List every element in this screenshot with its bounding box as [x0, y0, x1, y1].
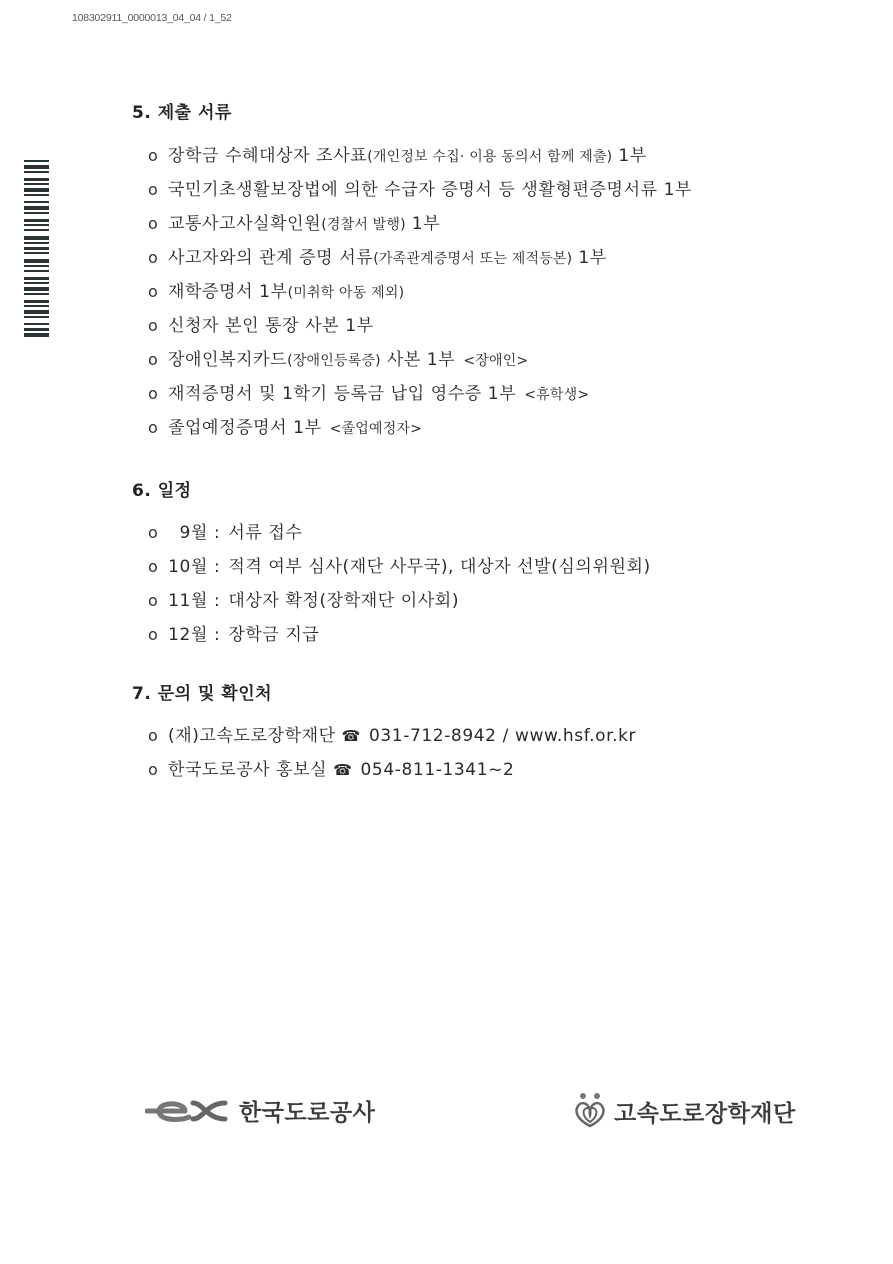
- section-title: 5. 제출 서류: [132, 100, 692, 126]
- section-title: 6. 일정: [132, 478, 651, 504]
- phone-icon: ☎: [333, 761, 352, 779]
- section-documents: 5. 제출 서류 o장학금 수혜대상자 조사표(개인정보 수집· 이용 동의서 …: [132, 100, 692, 445]
- document-id: 108302911_0000013_04_04 / 1_52: [72, 12, 232, 24]
- ex-logo-icon: [145, 1097, 229, 1125]
- phone-number: 031-712-8942: [369, 726, 497, 746]
- eligibility-tag: <휴학생>: [524, 387, 589, 403]
- list-item: o신청자 본인 통장 사본 1부: [148, 309, 692, 343]
- list-item: o교통사고사실확인원(경찰서 발행) 1부: [148, 207, 692, 241]
- eligibility-tag: <장애인>: [463, 353, 528, 369]
- list-item: o재학증명서 1부(미취학 아동 제외): [148, 275, 692, 309]
- website-link[interactable]: / www.hsf.or.kr: [497, 726, 637, 746]
- contact-item: o(재)고속도로장학재단☎031-712-8942 / www.hsf.or.k…: [148, 719, 636, 753]
- list-item: o졸업예정증명서 1부<졸업예정자>: [148, 411, 692, 445]
- schedule-item: o10월:적격 여부 심사(재단 사무국), 대상자 선발(심의위원회): [148, 550, 651, 584]
- section-schedule: 6. 일정 o9월:서류 접수 o10월:적격 여부 심사(재단 사무국), 대…: [132, 478, 651, 652]
- list-item: o장학금 수혜대상자 조사표(개인정보 수집· 이용 동의서 함께 제출) 1부: [148, 139, 692, 173]
- phone-icon: ☎: [342, 727, 361, 745]
- scholarship-foundation-logo: 고속도로장학재단: [572, 1092, 796, 1130]
- schedule-item: o11월:대상자 확정(장학재단 이사회): [148, 584, 651, 618]
- logo-label: 한국도로공사: [239, 1094, 375, 1127]
- schedule-item: o9월:서류 접수: [148, 516, 651, 550]
- list-item: o장애인복지카드(장애인등록증) 사본 1부<장애인>: [148, 343, 692, 377]
- barcode: [24, 160, 49, 366]
- korea-expressway-logo: 한국도로공사: [145, 1094, 375, 1127]
- section-title: 7. 문의 및 확인처: [132, 681, 636, 707]
- list-item: o사고자와의 관계 증명 서류(가족관계증명서 또는 제적등본) 1부: [148, 241, 692, 275]
- foundation-emblem-icon: [572, 1092, 608, 1130]
- section-contact: 7. 문의 및 확인처 o(재)고속도로장학재단☎031-712-8942 / …: [132, 681, 636, 787]
- list-item: o국민기초생활보장법에 의한 수급자 증명서 등 생활형편증명서류 1부: [148, 173, 692, 207]
- contact-item: o한국도로공사 홍보실☎054-811-1341~2: [148, 753, 636, 787]
- schedule-item: o12월:장학금 지급: [148, 618, 651, 652]
- logo-label: 고속도로장학재단: [614, 1095, 796, 1128]
- phone-number: 054-811-1341~2: [361, 760, 515, 780]
- eligibility-tag: <졸업예정자>: [330, 421, 422, 437]
- list-item: o재적증명서 및 1학기 등록금 납입 영수증 1부<휴학생>: [148, 377, 692, 411]
